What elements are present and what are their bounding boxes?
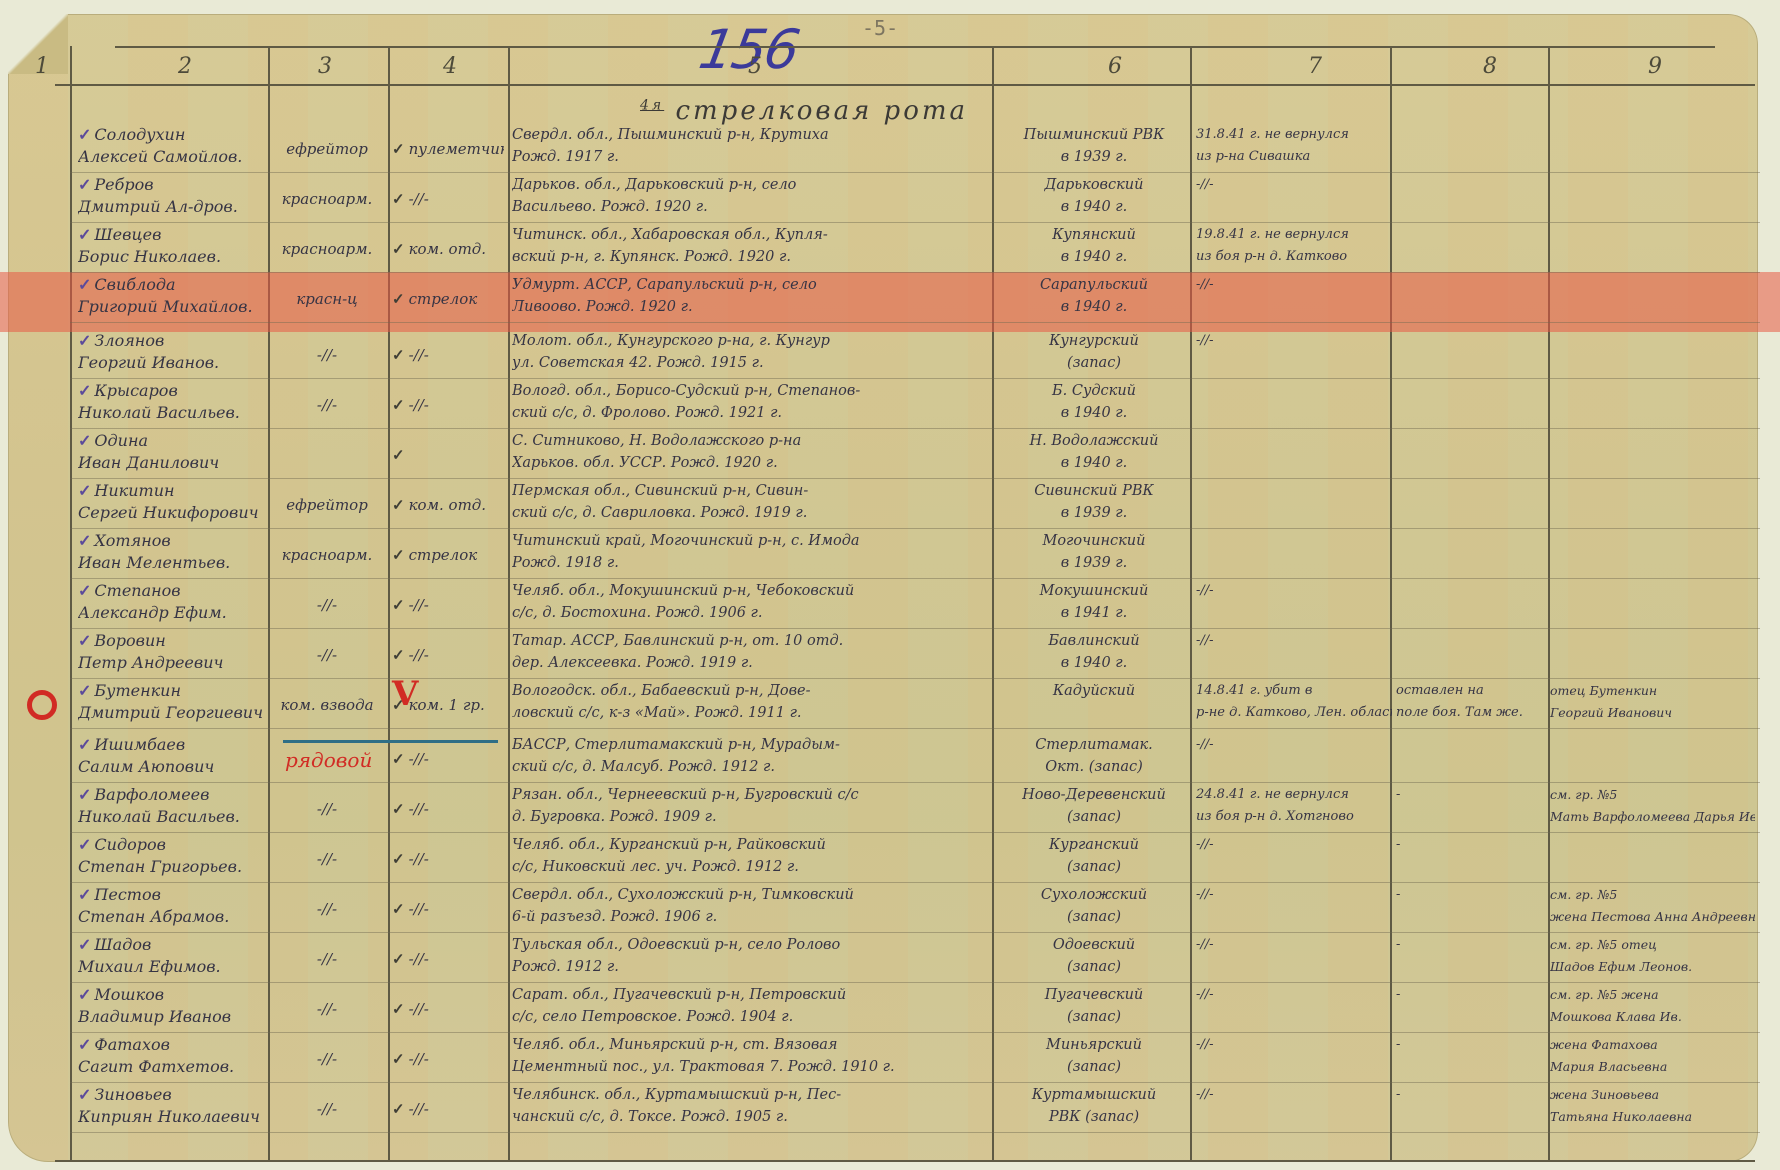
birthplace-line-1: Читинский край, Могочинский р-н, с. Имод… (512, 530, 990, 552)
check-mark-icon: ✓ (78, 885, 91, 904)
burial-line-1: - (1396, 834, 1586, 856)
check-mark-icon: ✓ (78, 125, 91, 144)
military-rank: -//- (272, 1048, 382, 1070)
fate-line-1: -//- (1196, 330, 1392, 352)
draft-office: Мокушинский (1000, 580, 1188, 602)
row-divider (70, 272, 1760, 273)
surname-text: Шевцев (94, 225, 161, 244)
fate-line-1: -//- (1196, 884, 1392, 906)
draft-office: Пышминский РВК (1000, 124, 1188, 146)
row-divider (70, 1032, 1760, 1033)
red-ink-rank-correction: рядовой (285, 748, 372, 772)
surname: ✓Шадов (78, 934, 268, 956)
given-names: Николай Васильев. (78, 402, 268, 424)
position-check-icon: ✓ (392, 800, 405, 818)
position: ✓ком. отд. (392, 238, 504, 260)
next-of-kin-line-2: Шадов Ефим Леонов. (1550, 956, 1755, 978)
military-rank: -//- (272, 344, 382, 366)
birthplace-line-2: 6-й разъезд. Рожд. 1906 г. (512, 906, 990, 928)
draft-office-line-2: (запас) (1000, 806, 1188, 828)
birthplace-line-2: вский р-н, г. Купянск. Рожд. 1920 г. (512, 246, 990, 268)
surname: ✓Хотянов (78, 530, 268, 552)
next-of-kin-line-1: см. гр. №5 жена (1550, 984, 1755, 1006)
position-text: -//- (409, 900, 429, 918)
surname-text: Никитин (94, 481, 174, 500)
next-of-kin-line-2: Татьяна Николаевна (1550, 1106, 1755, 1128)
given-names: Иван Мелентьев. (78, 552, 268, 574)
position-check-icon: ✓ (392, 496, 405, 514)
surname: ✓Никитин (78, 480, 268, 502)
position-text: -//- (409, 346, 429, 364)
red-check-mark: V (392, 674, 418, 714)
column-divider (70, 46, 72, 1160)
position-check-icon: ✓ (392, 290, 405, 308)
position-check-icon: ✓ (392, 950, 405, 968)
draft-office: Стерлитамак. (1000, 734, 1188, 756)
birthplace-line-2: Васильево. Рожд. 1920 г. (512, 196, 990, 218)
position-check-icon: ✓ (392, 900, 405, 918)
draft-office-line-2: в 1941 г. (1000, 602, 1188, 624)
row-divider (70, 528, 1760, 529)
row-divider (70, 982, 1760, 983)
check-mark-icon: ✓ (78, 785, 91, 804)
check-mark-icon: ✓ (78, 835, 91, 854)
military-rank: красноарм. (272, 238, 382, 260)
position: ✓ком. отд. (392, 494, 504, 516)
surname: ✓Свиблода (78, 274, 268, 296)
position-text: -//- (409, 396, 429, 414)
column-divider (268, 46, 270, 1160)
column-number-7: 7 (1295, 54, 1335, 79)
draft-office-line-2: в 1940 г. (1000, 402, 1188, 424)
row-divider (70, 628, 1760, 629)
surname-text: Мошков (94, 985, 164, 1004)
birthplace-line-1: БАССР, Стерлитамакский р-н, Мурадым- (512, 734, 990, 756)
position-check-icon: ✓ (392, 596, 405, 614)
position-check-icon: ✓ (392, 396, 405, 414)
birthplace-line-1: Свердл. обл., Пышминский р-н, Крутиха (512, 124, 990, 146)
draft-office-line-2: (запас) (1000, 1006, 1188, 1028)
draft-office-line-2: в 1940 г. (1000, 652, 1188, 674)
surname-text: Солодухин (94, 125, 185, 144)
row-divider (70, 882, 1760, 883)
position-text: -//- (409, 646, 429, 664)
position-check-icon: ✓ (392, 240, 405, 258)
column-number-6: 6 (1095, 54, 1135, 79)
check-mark-icon: ✓ (78, 681, 91, 700)
given-names: Дмитрий Ал-дров. (78, 196, 268, 218)
position: ✓пулеметчик (392, 138, 504, 160)
birthplace-line-2: ул. Советская 42. Рожд. 1915 г. (512, 352, 990, 374)
position: ✓-//- (392, 1048, 504, 1070)
given-names: Михаил Ефимов. (78, 956, 268, 978)
draft-office: Сивинский РВК (1000, 480, 1188, 502)
draft-office-line-2: РВК (запас) (1000, 1106, 1188, 1128)
section-title-prefix: 4я (640, 97, 664, 113)
position-check-icon: ✓ (392, 140, 405, 158)
position-check-icon: ✓ (392, 346, 405, 364)
birthplace-line-2: с/с, д. Бостохина. Рожд. 1906 г. (512, 602, 990, 624)
surname-text: Одина (94, 431, 148, 450)
row-divider (70, 1082, 1760, 1083)
blue-strike-line (283, 740, 498, 743)
surname-text: Бутенкин (94, 681, 181, 700)
surname: ✓Бутенкин (78, 680, 268, 702)
draft-office-line-2: (запас) (1000, 856, 1188, 878)
position: ✓-//- (392, 188, 504, 210)
fate-line-1: -//- (1196, 580, 1392, 602)
birthplace-line-2: чанский с/с, д. Токсе. Рожд. 1905 г. (512, 1106, 990, 1128)
draft-office: Ново-Деревенский (1000, 784, 1188, 806)
row-divider (70, 782, 1760, 783)
check-mark-icon: ✓ (78, 581, 91, 600)
surname: ✓Пестов (78, 884, 268, 906)
draft-office: Кадуйский (1000, 680, 1188, 702)
surname-text: Фатахов (94, 1035, 170, 1054)
given-names: Степан Абрамов. (78, 906, 268, 928)
column-number-8: 8 (1470, 54, 1510, 79)
birthplace-line-1: Удмурт. АССР, Сарапульский р-н, село (512, 274, 990, 296)
birthplace-line-1: Дарьков. обл., Дарьковский р-н, село (512, 174, 990, 196)
draft-office: Пугачевский (1000, 984, 1188, 1006)
draft-office-line-2: в 1939 г. (1000, 552, 1188, 574)
birthplace-line-2: Рожд. 1917 г. (512, 146, 990, 168)
given-names: Сергей Никифорович (78, 502, 268, 524)
check-mark-icon: ✓ (78, 985, 91, 1004)
check-mark-icon: ✓ (78, 225, 91, 244)
fate-line-1: 19.8.41 г. не вернулся (1196, 224, 1392, 246)
given-names: Александр Ефим. (78, 602, 268, 624)
next-of-kin-line-1: жена Фатахова (1550, 1034, 1755, 1056)
position: ✓-//- (392, 394, 504, 416)
surname: ✓Степанов (78, 580, 268, 602)
surname: ✓Зиновьев (78, 1084, 268, 1106)
surname-text: Шадов (94, 935, 151, 954)
section-title-text: стрелковая рота (675, 96, 968, 126)
given-names: Георгий Иванов. (78, 352, 268, 374)
row-divider (70, 832, 1760, 833)
position-text: ком. 1 гр. (409, 696, 485, 714)
draft-office: Куртамышский (1000, 1084, 1188, 1106)
given-names: Салим Аюпович (78, 756, 268, 778)
position: ✓-//- (392, 344, 504, 366)
military-rank: -//- (272, 848, 382, 870)
birthplace-line-1: Челябинск. обл., Куртамышский р-н, Пес- (512, 1084, 990, 1106)
position-text: -//- (409, 800, 429, 818)
column-number-2: 2 (165, 54, 205, 79)
position: ✓ (392, 444, 504, 466)
given-names: Николай Васильев. (78, 806, 268, 828)
fate-line-1: -//- (1196, 734, 1392, 756)
draft-office-line-2: (запас) (1000, 906, 1188, 928)
surname-text: Воровин (94, 631, 165, 650)
military-rank: красноарм. (272, 188, 382, 210)
birthplace-line-1: С. Ситниково, Н. Водолажского р-на (512, 430, 990, 452)
position-check-icon: ✓ (392, 1000, 405, 1018)
next-of-kin-line-1: см. гр. №5 (1550, 784, 1755, 806)
column-divider (388, 46, 390, 1160)
page-number-printed: -5- (862, 16, 898, 40)
birthplace-line-2: ский с/с, д. Малсуб. Рожд. 1912 г. (512, 756, 990, 778)
given-names: Петр Андреевич (78, 652, 268, 674)
check-mark-icon: ✓ (78, 175, 91, 194)
birthplace-line-1: Пермская обл., Сивинский р-н, Сивин- (512, 480, 990, 502)
fate-line-2: из боя р-н д. Катково (1196, 246, 1392, 268)
next-of-kin-line-1: отец Бутенкин (1550, 680, 1755, 702)
given-names: Алексей Самойлов. (78, 146, 268, 168)
next-of-kin-line-2: Мария Власьевна (1550, 1056, 1755, 1078)
row-divider (70, 378, 1760, 379)
column-number-9: 9 (1635, 54, 1675, 79)
row-divider (70, 932, 1760, 933)
surname-text: Ребров (94, 175, 153, 194)
position-text: -//- (409, 1100, 429, 1118)
position: ✓-//- (392, 998, 504, 1020)
birthplace-line-1: Челяб. обл., Курганский р-н, Райковский (512, 834, 990, 856)
row-divider (70, 678, 1760, 679)
row-divider (70, 322, 1760, 323)
surname-text: Крысаров (94, 381, 177, 400)
position-check-icon: ✓ (392, 446, 405, 464)
given-names: Григорий Михайлов. (78, 296, 268, 318)
draft-office: Одоевский (1000, 934, 1188, 956)
draft-office: Могочинский (1000, 530, 1188, 552)
military-rank: -//- (272, 898, 382, 920)
draft-office-line-2: в 1940 г. (1000, 246, 1188, 268)
draft-office-line-2: в 1939 г. (1000, 146, 1188, 168)
check-mark-icon: ✓ (78, 531, 91, 550)
given-names: Киприян Николаевич (78, 1106, 268, 1128)
military-rank: -//- (272, 644, 382, 666)
birthplace-line-1: Челяб. обл., Миньярский р-н, ст. Вязовая (512, 1034, 990, 1056)
birthplace-line-1: Молот. обл., Кунгурского р-на, г. Кунгур (512, 330, 990, 352)
surname: ✓Шевцев (78, 224, 268, 246)
draft-office: Миньярский (1000, 1034, 1188, 1056)
military-rank: красноарм. (272, 544, 382, 566)
position-check-icon: ✓ (392, 190, 405, 208)
position-text: -//- (409, 190, 429, 208)
position-text: ком. отд. (409, 240, 487, 258)
military-rank: -//- (272, 1098, 382, 1120)
birthplace-line-2: с/с, село Петровское. Рожд. 1904 г. (512, 1006, 990, 1028)
check-mark-icon: ✓ (78, 481, 91, 500)
position: ✓-//- (392, 798, 504, 820)
row-divider (70, 728, 1760, 729)
check-mark-icon: ✓ (78, 381, 91, 400)
position-text: стрелок (409, 290, 478, 308)
position-text: -//- (409, 1000, 429, 1018)
birthplace-line-2: с/с, Никовский лес. уч. Рожд. 1912 г. (512, 856, 990, 878)
fate-line-1: -//- (1196, 274, 1392, 296)
column-divider (508, 46, 510, 1160)
position: ✓-//- (392, 644, 504, 666)
given-names: Владимир Иванов (78, 1006, 268, 1028)
surname-text: Варфоломеев (94, 785, 209, 804)
next-of-kin-line-2: жена Пестова Анна Андреевна (1550, 906, 1755, 928)
surname-text: Свиблода (94, 275, 175, 294)
birthplace-line-2: Рожд. 1912 г. (512, 956, 990, 978)
check-mark-icon: ✓ (78, 1085, 91, 1104)
military-rank: -//- (272, 948, 382, 970)
military-rank: -//- (272, 998, 382, 1020)
fate-line-1: -//- (1196, 1034, 1392, 1056)
next-of-kin-line-1: см. гр. №5 отец (1550, 934, 1755, 956)
birthplace-line-1: Вологодск. обл., Бабаевский р-н, Дове- (512, 680, 990, 702)
check-mark-icon: ✓ (78, 331, 91, 350)
surname: ✓Крысаров (78, 380, 268, 402)
check-mark-icon: ✓ (78, 1035, 91, 1054)
position: ✓-//- (392, 748, 504, 770)
birthplace-line-1: Тульская обл., Одоевский р-н, село Ролов… (512, 934, 990, 956)
check-mark-icon: ✓ (78, 431, 91, 450)
military-rank: ефрейтор (272, 138, 382, 160)
draft-office: Бавлинский (1000, 630, 1188, 652)
birthplace-line-2: д. Бугровка. Рожд. 1909 г. (512, 806, 990, 828)
draft-office: Сухоложский (1000, 884, 1188, 906)
position-text: стрелок (409, 546, 478, 564)
draft-office-line-2: Окт. (запас) (1000, 756, 1188, 778)
next-of-kin-line-1: см. гр. №5 (1550, 884, 1755, 906)
row-divider (70, 1132, 1760, 1133)
fate-line-1: -//- (1196, 1084, 1392, 1106)
fate-line-1: -//- (1196, 174, 1392, 196)
row-divider (70, 172, 1760, 173)
row-divider (70, 222, 1760, 223)
birthplace-line-2: ский с/с, д. Фролово. Рожд. 1921 г. (512, 402, 990, 424)
birthplace-line-2: Цементный пос., ул. Трактовая 7. Рожд. 1… (512, 1056, 990, 1078)
row-divider (70, 428, 1760, 429)
given-names: Степан Григорьев. (78, 856, 268, 878)
position: ✓-//- (392, 948, 504, 970)
birthplace-line-2: Ливоово. Рожд. 1920 г. (512, 296, 990, 318)
draft-office-line-2: (запас) (1000, 1056, 1188, 1078)
position-check-icon: ✓ (392, 850, 405, 868)
position: ✓стрелок (392, 544, 504, 566)
draft-office: Курганский (1000, 834, 1188, 856)
surname: ✓Воровин (78, 630, 268, 652)
surname: ✓Одина (78, 430, 268, 452)
draft-office: Б. Судский (1000, 380, 1188, 402)
birthplace-line-1: Челяб. обл., Мокушинский р-н, Чебоковски… (512, 580, 990, 602)
position: ✓стрелок (392, 288, 504, 310)
draft-office-line-2: (запас) (1000, 352, 1188, 374)
surname-text: Злоянов (94, 331, 164, 350)
draft-office-line-2: в 1940 г. (1000, 296, 1188, 318)
surname-text: Зиновьев (94, 1085, 171, 1104)
column-number-1: 1 (22, 54, 62, 79)
fate-line-1: 14.8.41 г. убит в (1196, 680, 1392, 702)
table-bottom-border (55, 1160, 1755, 1162)
birthplace-line-1: Сарат. обл., Пугачевский р-н, Петровский (512, 984, 990, 1006)
birthplace-line-2: Харьков. обл. УССР. Рожд. 1920 г. (512, 452, 990, 474)
position-text: -//- (409, 750, 429, 768)
check-mark-icon: ✓ (78, 275, 91, 294)
surname: ✓Фатахов (78, 1034, 268, 1056)
position-text: -//- (409, 1050, 429, 1068)
surname: ✓Ишимбаев (78, 734, 268, 756)
position: ✓-//- (392, 594, 504, 616)
fate-line-1: -//- (1196, 630, 1392, 652)
surname: ✓Солодухин (78, 124, 268, 146)
position-check-icon: ✓ (392, 1050, 405, 1068)
draft-office: Н. Водолажский (1000, 430, 1188, 452)
surname: ✓Сидоров (78, 834, 268, 856)
column-divider (992, 46, 994, 1160)
surname: ✓Ребров (78, 174, 268, 196)
row-divider (70, 578, 1760, 579)
fate-line-2: р-не д. Катково, Лен. области (1196, 702, 1392, 724)
birthplace-line-1: Рязан. обл., Чернеевский р-н, Бугровский… (512, 784, 990, 806)
surname: ✓Злоянов (78, 330, 268, 352)
position-check-icon: ✓ (392, 750, 405, 768)
draft-office: Кунгурский (1000, 330, 1188, 352)
row-divider (70, 478, 1760, 479)
column-number-4: 4 (430, 54, 470, 79)
given-names: Сагит Фатхетов. (78, 1056, 268, 1078)
column-number-5: 5 (735, 54, 775, 79)
surname-text: Хотянов (94, 531, 170, 550)
next-of-kin-line-2: Георгий Иванович (1550, 702, 1755, 724)
military-rank: -//- (272, 798, 382, 820)
military-rank: ком. взвода (272, 694, 382, 716)
fate-line-2: из боя р-н д. Хотгново (1196, 806, 1392, 828)
next-of-kin-line-2: Мать Варфоломеева Дарья Иван. (1550, 806, 1755, 828)
check-mark-icon: ✓ (78, 935, 91, 954)
surname: ✓Мошков (78, 984, 268, 1006)
header-bottom-border (55, 84, 1755, 86)
given-names: Дмитрий Георгиевич (78, 702, 268, 724)
surname: ✓Варфоломеев (78, 784, 268, 806)
fate-line-1: 24.8.41 г. не вернулся (1196, 784, 1392, 806)
position: ✓-//- (392, 1098, 504, 1120)
draft-office-line-2: в 1940 г. (1000, 452, 1188, 474)
military-rank: -//- (272, 594, 382, 616)
military-rank: красн-ц (272, 288, 382, 310)
fate-line-2: из р-на Сивашка (1196, 146, 1392, 168)
position-text: ком. отд. (409, 496, 487, 514)
given-names: Иван Данилович (78, 452, 268, 474)
position-check-icon: ✓ (392, 1100, 405, 1118)
position-check-icon: ✓ (392, 646, 405, 664)
fate-line-1: 31.8.41 г. не вернулся (1196, 124, 1392, 146)
position-check-icon: ✓ (392, 546, 405, 564)
check-mark-icon: ✓ (78, 735, 91, 754)
birthplace-line-2: Рожд. 1918 г. (512, 552, 990, 574)
position: ✓-//- (392, 898, 504, 920)
fate-line-1: -//- (1196, 934, 1392, 956)
birthplace-line-1: Вологд. обл., Борисо-Судский р-н, Степан… (512, 380, 990, 402)
birthplace-line-2: ский с/с, д. Савриловка. Рожд. 1919 г. (512, 502, 990, 524)
birthplace-line-1: Татар. АССР, Бавлинский р-н, от. 10 отд. (512, 630, 990, 652)
surname-text: Степанов (94, 581, 180, 600)
fate-line-1: -//- (1196, 834, 1392, 856)
draft-office-line-2: в 1940 г. (1000, 196, 1188, 218)
position-text: -//- (409, 950, 429, 968)
draft-office: Сарапульский (1000, 274, 1188, 296)
draft-office-line-2: в 1939 г. (1000, 502, 1188, 524)
surname-text: Ишимбаев (94, 735, 185, 754)
position-text: пулеметчик (409, 140, 504, 158)
surname-text: Пестов (94, 885, 161, 904)
military-rank: -//- (272, 394, 382, 416)
military-rank: ефрейтор (272, 494, 382, 516)
birthplace-line-1: Читинск. обл., Хабаровская обл., Купля- (512, 224, 990, 246)
column-number-3: 3 (305, 54, 345, 79)
check-mark-icon: ✓ (78, 631, 91, 650)
table-top-border (115, 46, 1715, 48)
next-of-kin-line-1: жена Зиновьева (1550, 1084, 1755, 1106)
birthplace-line-2: ловский с/с, к-з «Май». Рожд. 1911 г. (512, 702, 990, 724)
